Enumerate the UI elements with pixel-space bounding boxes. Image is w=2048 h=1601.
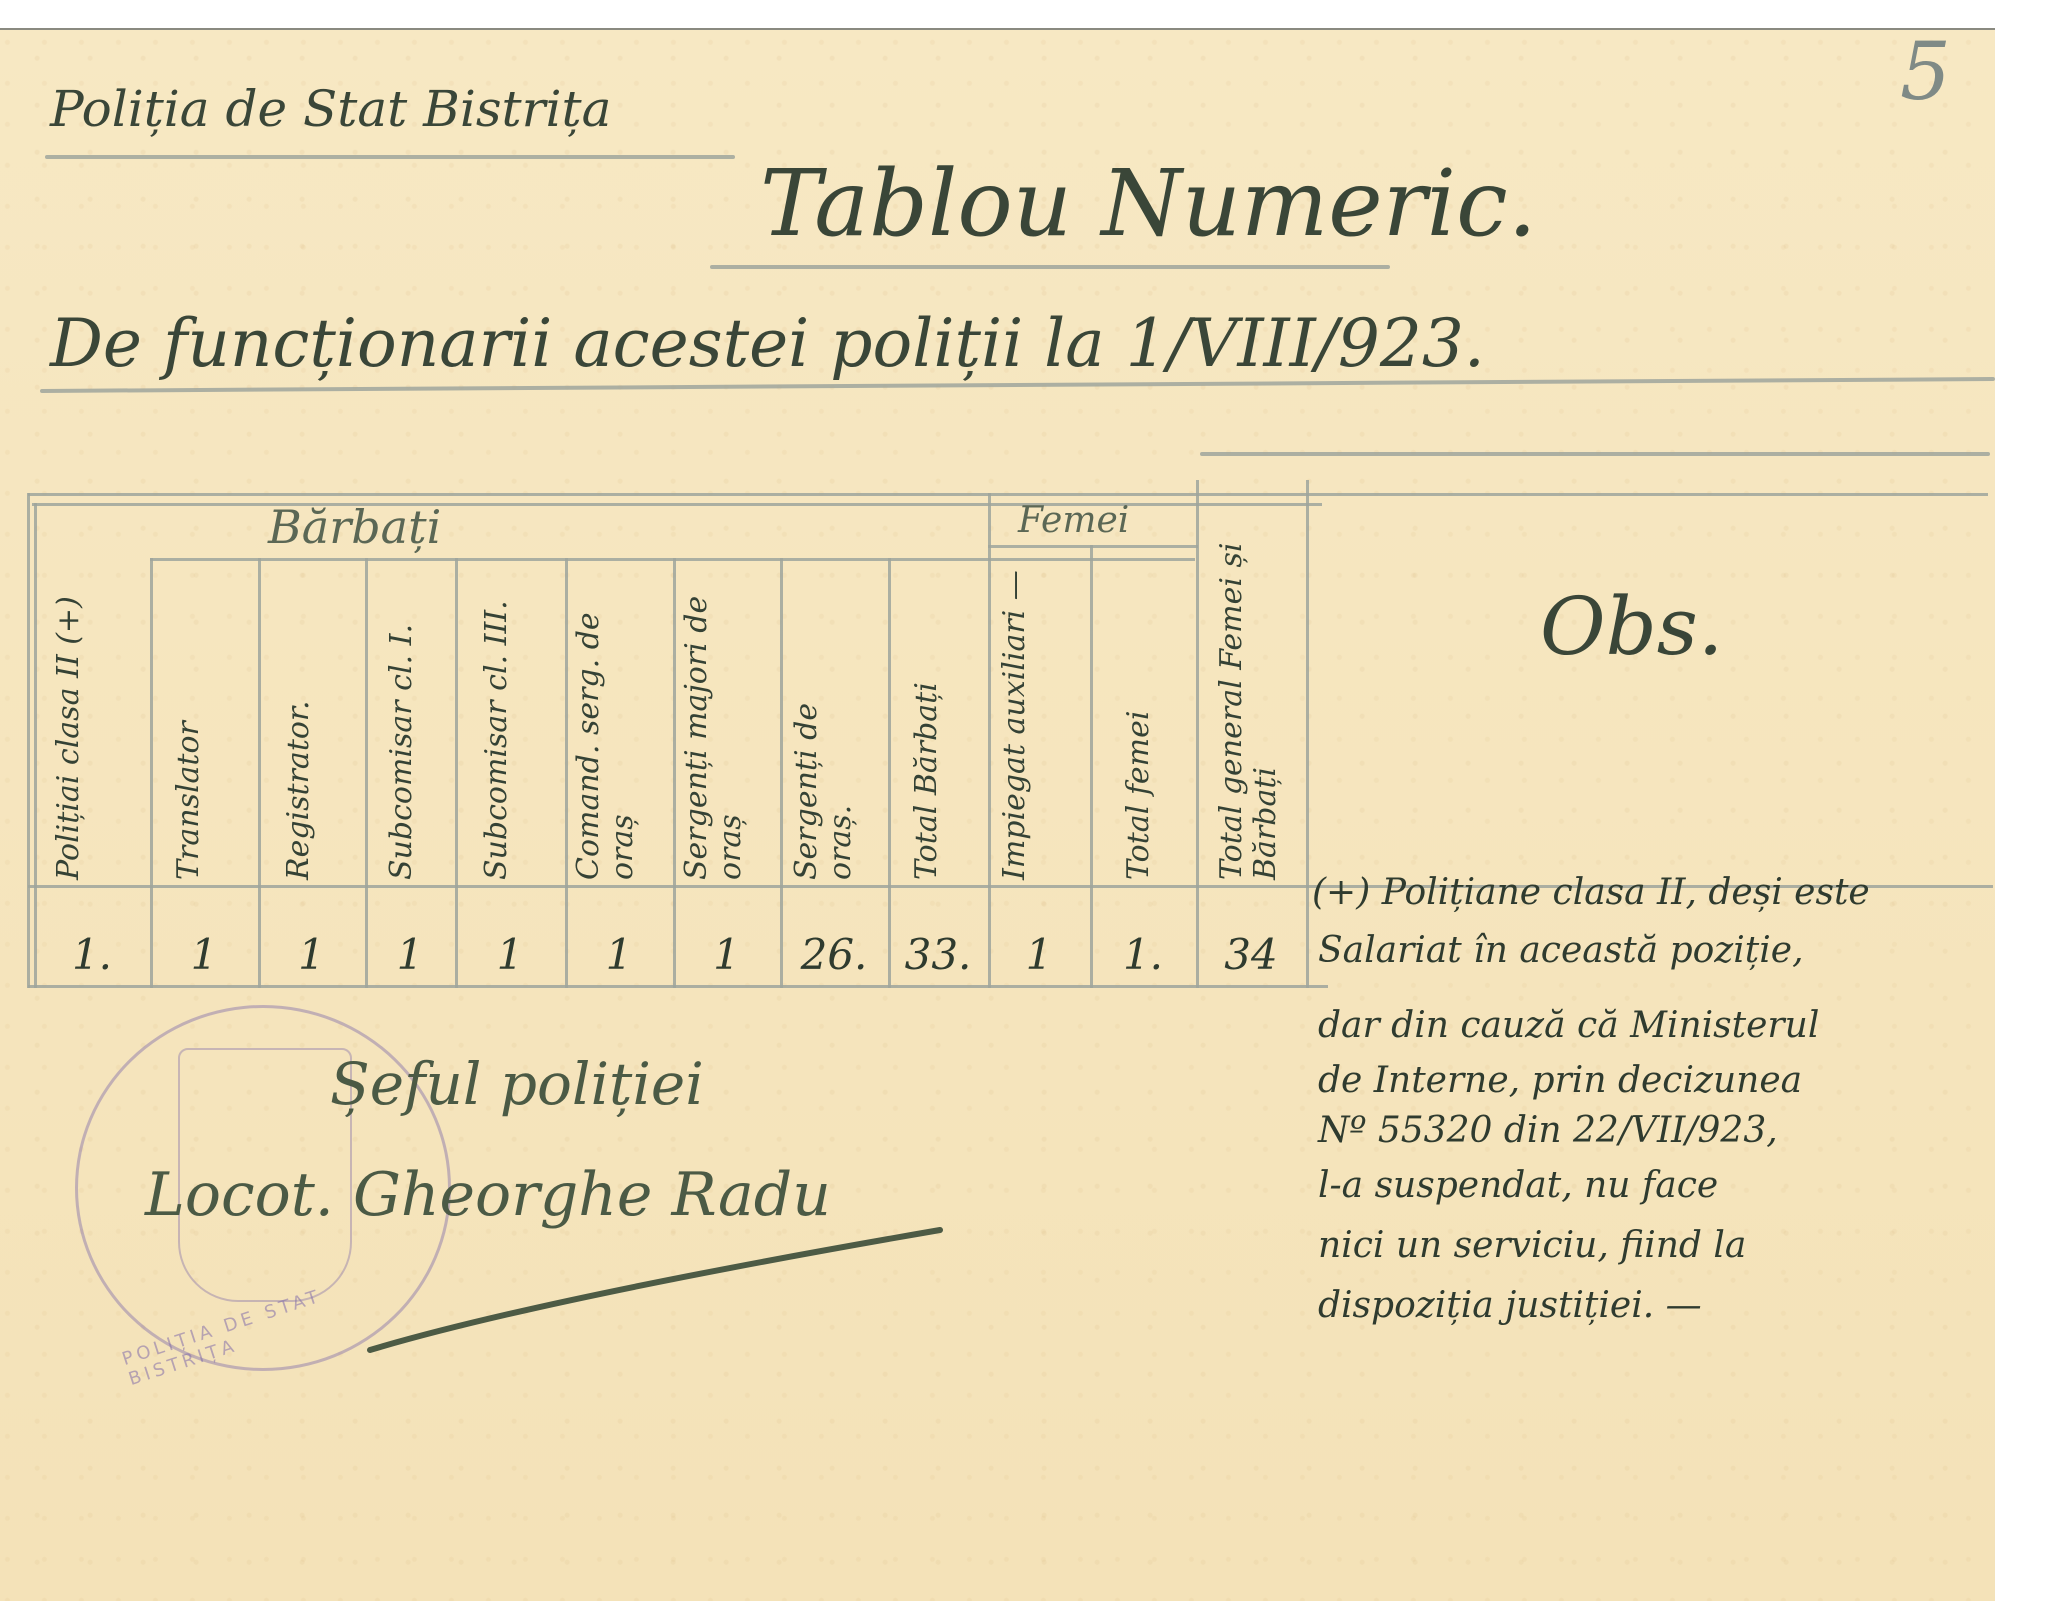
table-bottom-border [28, 985, 1328, 988]
col-divider [888, 558, 891, 988]
value-total-femei: 1. [1090, 930, 1196, 979]
remark-line: Salariat în această poziție, [1318, 930, 1804, 971]
institution-name: Poliția de Stat Bistrița [50, 80, 611, 138]
table-left-inner-border [34, 503, 37, 988]
obs-divider [1306, 480, 1309, 988]
col-divider [150, 558, 153, 988]
value-total-general: 34 [1196, 930, 1306, 979]
col-header-total-femei: Total femei [1122, 711, 1156, 880]
col-divider [258, 558, 261, 988]
remark-line: dispoziția justiției. — [1318, 1285, 1702, 1326]
col-header-sergenti-majori: Sergenți majori de oraș [680, 570, 748, 880]
value-subcomisar-1: 1 [365, 930, 455, 979]
value-translator: 1 [150, 930, 258, 979]
men-women-divider [988, 493, 991, 988]
table-left-border [27, 493, 30, 988]
value-registrator: 1 [258, 930, 365, 979]
col-divider [565, 558, 568, 988]
col-divider [365, 558, 368, 988]
value-total-barbati: 33. [888, 930, 988, 979]
document-title: Tablou Numeric. [760, 150, 1537, 257]
col-divider [1090, 545, 1093, 988]
remark-line: nici un serviciu, fiind la [1318, 1225, 1746, 1266]
remark-line: dar din cauză că Ministerul [1318, 1005, 1819, 1046]
remark-line: de Interne, prin decizunea [1318, 1060, 1802, 1101]
col-header-politiai: Polițiai clasa II (+) [52, 540, 86, 880]
col-header-sergenti: Sergenți de oraș. [790, 640, 858, 880]
col-divider [455, 558, 458, 988]
table-top-border [28, 493, 1988, 496]
institution-underline [45, 155, 735, 159]
value-sergenti-majori: 1 [673, 930, 780, 979]
value-sergenti: 26. [780, 930, 888, 979]
remark-line: (+) Polițiane clasa II, deși este [1312, 872, 1870, 913]
women-group-divider [988, 545, 1198, 548]
signature-flourish-icon [350, 1190, 950, 1360]
col-header-subcomisar-1: Subcomisar cl. I. [385, 624, 419, 880]
document-subtitle: De funcționarii acestei poliții la 1/VII… [50, 305, 1485, 382]
col-header-subcomisar-3: Subcomisar cl. III. [480, 600, 514, 880]
col-header-comandant: Comand. serg. de oraș [572, 580, 640, 880]
page-number: 5 [1900, 25, 1951, 118]
group-header-women: Femei [1018, 500, 1129, 541]
col-header-registrator: Registrator. [282, 700, 316, 880]
obs-header: Obs. [1540, 580, 1723, 673]
value-politiai: 1. [34, 930, 150, 979]
col-divider [673, 558, 676, 988]
value-impiegat: 1 [988, 930, 1090, 979]
separator-line [1200, 452, 1990, 456]
remark-line: Nº 55320 din 22/VII/923, [1318, 1110, 1778, 1151]
col-header-total-general: Total general Femei și Bărbați [1215, 520, 1283, 880]
value-subcomisar-3: 1 [455, 930, 565, 979]
col-header-translator: Translator [172, 721, 206, 880]
col-header-impiegat: Impiegat auxiliari — [998, 560, 1032, 880]
col-header-total-barbati: Total Bărbați [910, 682, 944, 880]
title-underline [710, 265, 1390, 269]
value-comandant: 1 [565, 930, 673, 979]
women-total-divider [1196, 480, 1199, 988]
signature-role: Șeful poliției [330, 1050, 704, 1118]
col-divider [780, 558, 783, 988]
group-header-men: Bărbați [268, 500, 441, 554]
remark-line: l-a suspendat, nu face [1318, 1165, 1718, 1206]
